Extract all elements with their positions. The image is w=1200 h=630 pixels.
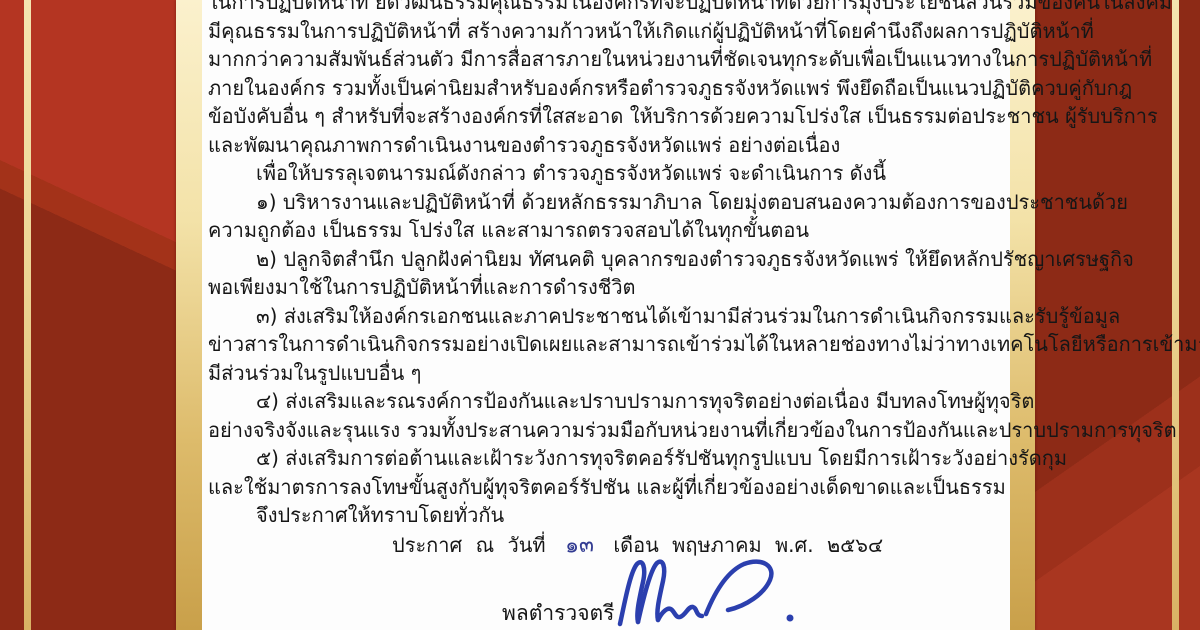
doc-line-item-2: ๒) ปลูกจิตสำนึก ปลูกฝังค่านิยม ทัศนคติ บ… <box>208 245 992 274</box>
doc-line-item-5: ๕) ส่งเสริมการต่อต้านและเฝ้าระวังการทุจร… <box>208 444 992 473</box>
date-suffix: เดือน พฤษภาคม พ.ศ. ๒๕๖๔ <box>613 533 883 557</box>
doc-line: มีคุณธรรมในการปฏิบัติหน้าที่ สร้างความก้… <box>208 17 992 46</box>
doc-line: มีส่วนร่วมในรูปแบบอื่น ๆ <box>208 359 992 388</box>
date-prefix: ประกาศ ณ วันที่ <box>392 533 546 557</box>
doc-line: เพื่อให้บรรลุเจตนารมณ์ดังกล่าว ตำรวจภูธร… <box>208 159 992 188</box>
doc-line: และพัฒนาคุณภาพการดำเนินงานของตำรวจภูธรจั… <box>208 131 992 160</box>
signature-icon <box>610 554 810 630</box>
closing-statement: จึงประกาศให้ทราบโดยทั่วกัน <box>208 501 992 530</box>
doc-line: ภายในองค์กร รวมทั้งเป็นค่านิยมสำหรับองค์… <box>208 74 992 103</box>
announcement-photo: ในการปฏิบัติหน้าที่ ยึดวัฒนธรรมคุณธรรมใน… <box>0 0 1200 630</box>
left-gold-border <box>176 0 202 630</box>
doc-line: อย่างจริงจังและรุนแรง รวมทั้งประสานความร… <box>208 416 992 445</box>
doc-line: พอเพียงมาใช้ในการปฏิบัติหน้าที่และการดำร… <box>208 273 992 302</box>
doc-line: ความถูกต้อง เป็นธรรม โปร่งใส และสามารถตร… <box>208 216 992 245</box>
left-gold-stripe <box>24 0 31 630</box>
doc-line: ในการปฏิบัติหน้าที่ ยึดวัฒนธรรมคุณธรรมใน… <box>208 0 992 17</box>
document-body: ในการปฏิบัติหน้าที่ ยึดวัฒนธรรมคุณธรรมใน… <box>208 0 992 559</box>
right-gold-stripe <box>1172 0 1179 630</box>
handwritten-day: ๑๓ <box>564 531 594 561</box>
doc-line: และใช้มาตรการลงโทษขั้นสูงกับผู้ทุจริตคอร… <box>208 473 992 502</box>
doc-line-item-3: ๓) ส่งเสริมให้องค์กรเอกชนและภาคประชาชนได… <box>208 302 992 331</box>
document-page: ในการปฏิบัติหน้าที่ ยึดวัฒนธรรมคุณธรรมใน… <box>202 0 1010 630</box>
doc-line: ข่าวสารในการดำเนินกิจกรรมอย่างเปิดเผยและ… <box>208 330 992 359</box>
doc-line-item-4: ๔) ส่งเสริมและรณรงค์การป้องกันและปราบปรา… <box>208 387 992 416</box>
doc-line: มากกว่าความสัมพันธ์ส่วนตัว มีการสื่อสารภ… <box>208 45 992 74</box>
doc-line-item-1: ๑) บริหารงานและปฏิบัติหน้าที่ ด้วยหลักธร… <box>208 188 992 217</box>
doc-line: ข้อบังคับอื่น ๆ สำหรับที่จะสร้างองค์กรที… <box>208 102 992 131</box>
signer-rank: พลตำรวจตรี <box>502 600 614 626</box>
